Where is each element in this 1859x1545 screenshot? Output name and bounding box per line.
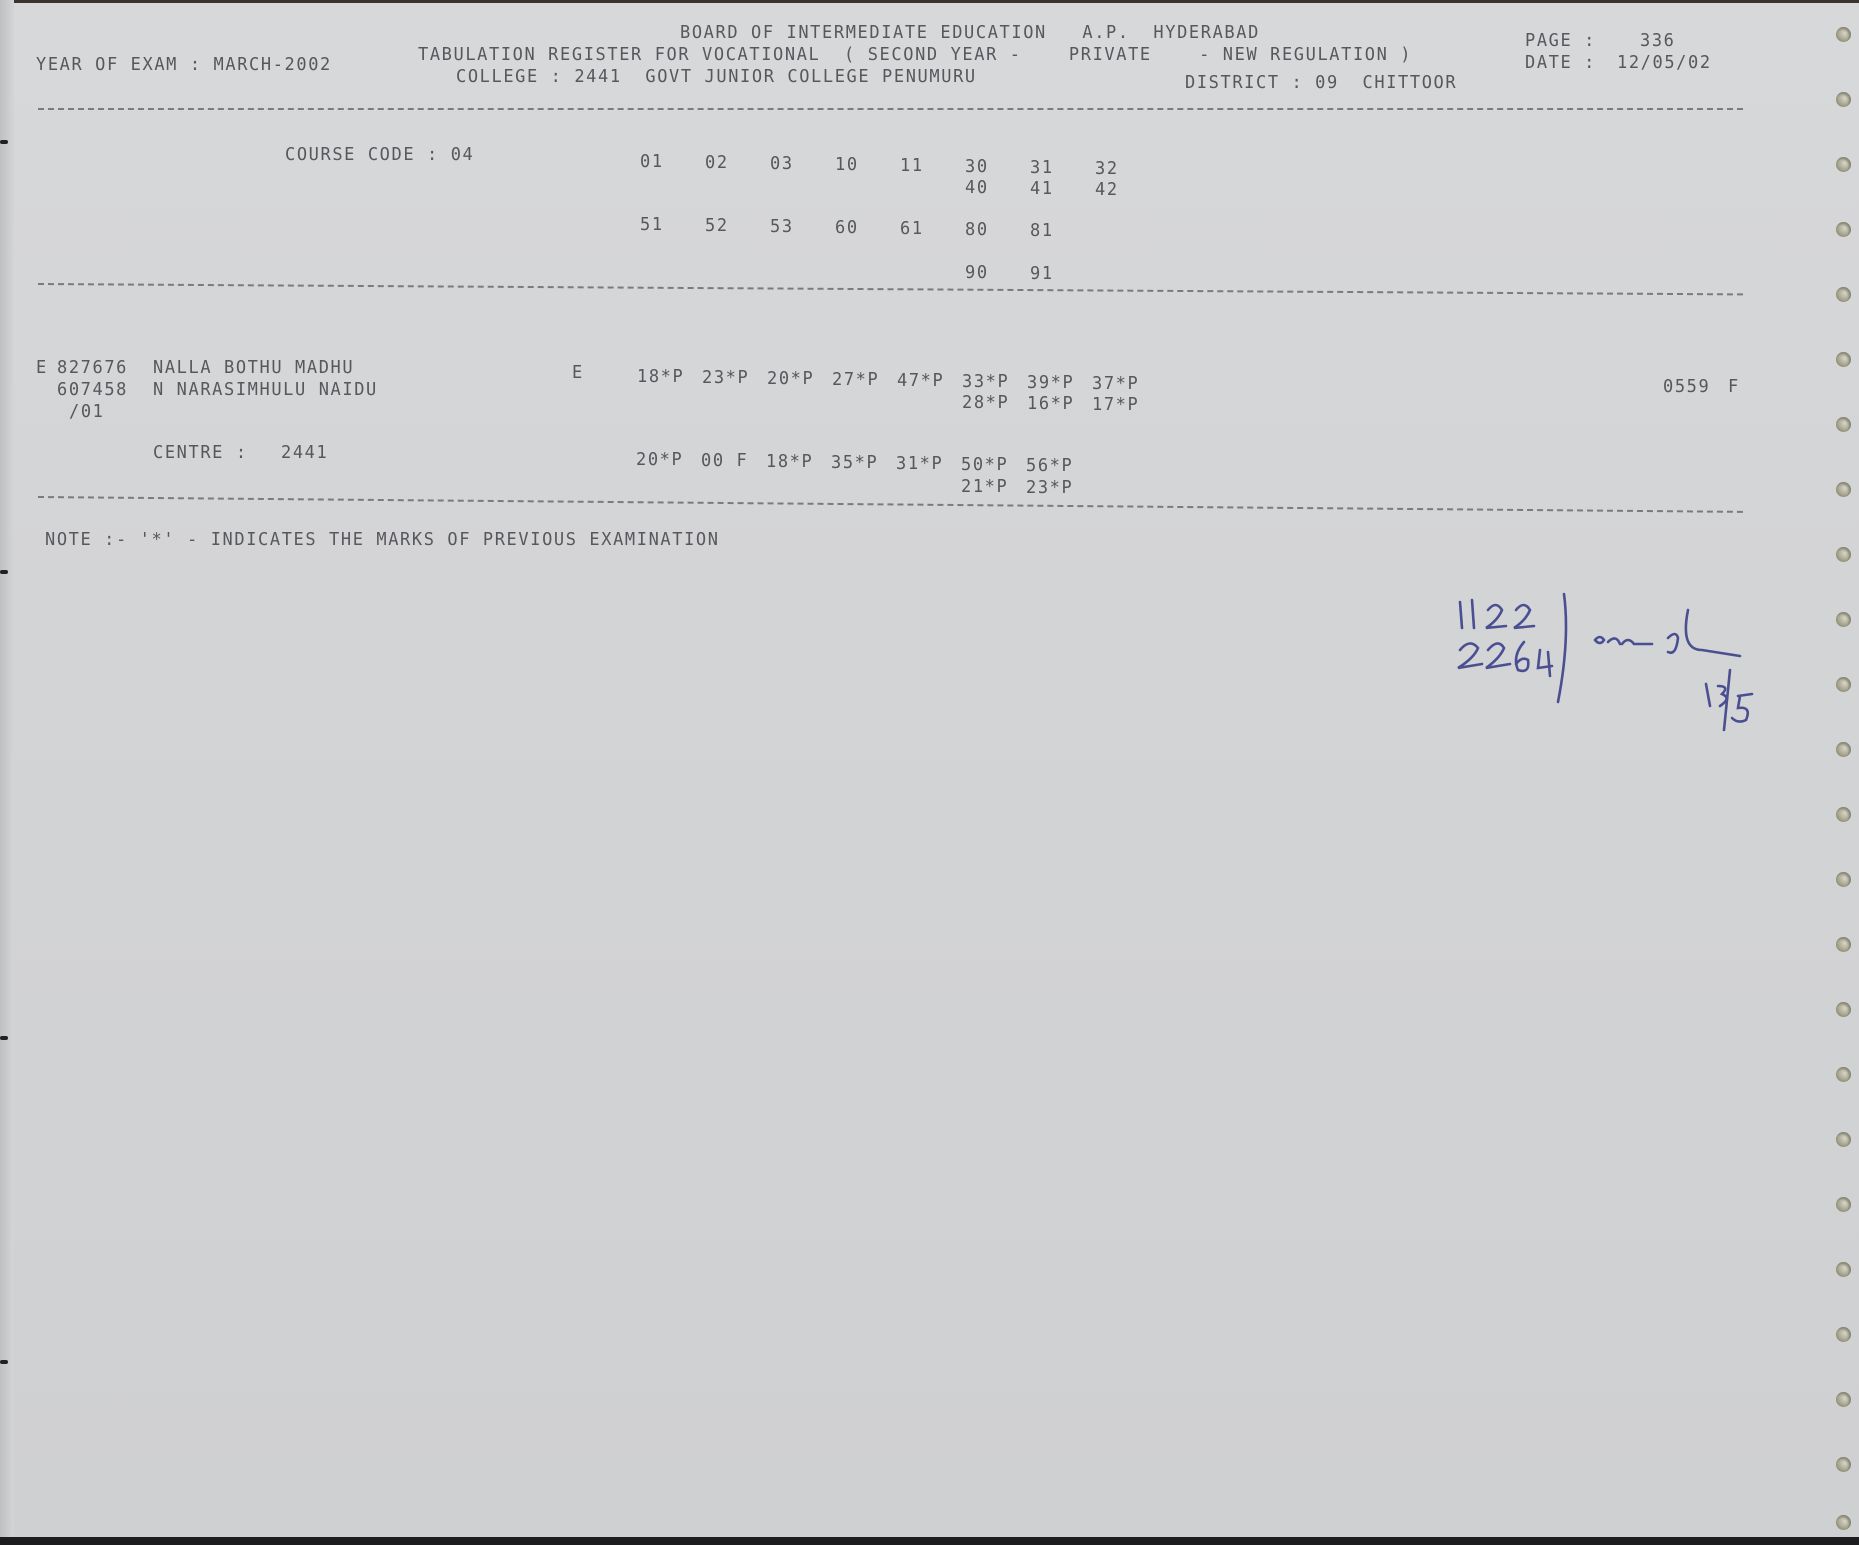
- feed-hole: [1836, 157, 1851, 172]
- registration-number: 607458: [57, 380, 128, 401]
- mark: 35*P: [831, 453, 878, 474]
- mark: 17*P: [1092, 395, 1139, 416]
- tractor-feed-holes: [1819, 0, 1859, 1545]
- page-label: PAGE :: [1525, 31, 1596, 52]
- mark: 18*P: [637, 367, 684, 388]
- mark: 23*P: [1026, 478, 1073, 499]
- mark: 56*P: [1026, 456, 1073, 477]
- code: 40: [965, 178, 989, 199]
- date-label: DATE :: [1525, 53, 1596, 74]
- code: 10: [835, 155, 859, 176]
- mark: 31*P: [896, 454, 943, 475]
- code: 61: [900, 219, 924, 240]
- district-line: DISTRICT : 09 CHITTOOR: [1185, 73, 1457, 94]
- edge-mark: [0, 140, 8, 144]
- mark: 50*P: [961, 455, 1008, 476]
- mark: 00 F: [701, 451, 748, 472]
- code: 01: [640, 152, 664, 173]
- code: 42: [1095, 180, 1119, 201]
- mark: 28*P: [962, 393, 1009, 414]
- footnote: NOTE :- '*' - INDICATES THE MARKS OF PRE…: [45, 530, 720, 551]
- code: 80: [965, 220, 989, 241]
- date-value: 12/05/02: [1617, 53, 1712, 74]
- code: 90: [965, 263, 989, 284]
- record-suffix: /01: [69, 402, 105, 423]
- divider-record: [38, 496, 1743, 513]
- handwritten-annotation: [1440, 590, 1760, 740]
- code: 32: [1095, 159, 1119, 180]
- code: 41: [1030, 179, 1054, 200]
- code: 30: [965, 157, 989, 178]
- feed-hole: [1836, 1515, 1851, 1530]
- feed-hole: [1836, 92, 1851, 107]
- total-marks: 0559: [1663, 377, 1710, 398]
- mark: 20*P: [767, 369, 814, 390]
- feed-hole: [1836, 1067, 1851, 1082]
- mark: 39*P: [1027, 373, 1074, 394]
- feed-hole: [1836, 27, 1851, 42]
- edge-mark: [0, 570, 8, 574]
- feed-hole: [1836, 1327, 1851, 1342]
- page-bottom-edge: [0, 1537, 1859, 1545]
- divider-course: [38, 283, 1743, 295]
- feed-hole: [1836, 677, 1851, 692]
- feed-hole: [1836, 222, 1851, 237]
- feed-hole: [1836, 352, 1851, 367]
- feed-hole: [1836, 547, 1851, 562]
- college-line: COLLEGE : 2441 GOVT JUNIOR COLLEGE PENUM…: [456, 67, 977, 88]
- mark: 21*P: [961, 477, 1008, 498]
- result-status: F: [1728, 377, 1740, 398]
- mark: 27*P: [832, 370, 879, 391]
- register-title: TABULATION REGISTER FOR VOCATIONAL ( SEC…: [418, 45, 1412, 66]
- feed-hole: [1836, 612, 1851, 627]
- record-prefix: E: [36, 358, 48, 379]
- feed-hole: [1836, 287, 1851, 302]
- page-number: 336: [1640, 31, 1676, 52]
- feed-hole: [1836, 872, 1851, 887]
- feed-hole: [1836, 742, 1851, 757]
- mark: 16*P: [1027, 394, 1074, 415]
- feed-hole: [1836, 417, 1851, 432]
- mark: 47*P: [897, 371, 944, 392]
- feed-hole: [1836, 807, 1851, 822]
- feed-hole: [1836, 1392, 1851, 1407]
- course-code: COURSE CODE : 04: [285, 145, 474, 166]
- feed-hole: [1836, 1132, 1851, 1147]
- code: 51: [640, 215, 664, 236]
- mark: 18*P: [766, 452, 813, 473]
- code: 11: [900, 156, 924, 177]
- mark: 37*P: [1092, 374, 1139, 395]
- code: 81: [1030, 221, 1054, 242]
- code: 02: [705, 153, 729, 174]
- mark: 20*P: [636, 450, 683, 471]
- tabulation-register-page: YEAR OF EXAM : MARCH-2002 BOARD OF INTER…: [0, 0, 1859, 1545]
- divider-header: [38, 108, 1743, 110]
- hall-ticket-number: 827676: [57, 358, 128, 379]
- mark: 23*P: [702, 368, 749, 389]
- centre-label: CENTRE :: [153, 443, 248, 464]
- candidate-name: NALLA BOTHU MADHU: [153, 358, 354, 379]
- code: 91: [1030, 264, 1054, 285]
- board-title: BOARD OF INTERMEDIATE EDUCATION A.P. HYD…: [680, 23, 1260, 44]
- feed-hole: [1836, 1262, 1851, 1277]
- edge-mark: [0, 1036, 8, 1040]
- edge-mark: [0, 1360, 8, 1364]
- code: 03: [770, 154, 794, 175]
- feed-hole: [1836, 1457, 1851, 1472]
- father-name: N NARASIMHULU NAIDU: [153, 380, 378, 401]
- medium: E: [572, 363, 584, 384]
- code: 60: [835, 218, 859, 239]
- feed-hole: [1836, 482, 1851, 497]
- feed-hole: [1836, 1197, 1851, 1212]
- centre-value: 2441: [281, 443, 328, 464]
- code: 53: [770, 217, 794, 238]
- mark: 33*P: [962, 372, 1009, 393]
- code: 31: [1030, 158, 1054, 179]
- feed-hole: [1836, 937, 1851, 952]
- page-left-shade: [0, 0, 14, 1545]
- feed-hole: [1836, 1002, 1851, 1017]
- code: 52: [705, 216, 729, 237]
- year-of-exam: YEAR OF EXAM : MARCH-2002: [36, 55, 332, 76]
- page-top-edge: [0, 0, 1859, 3]
